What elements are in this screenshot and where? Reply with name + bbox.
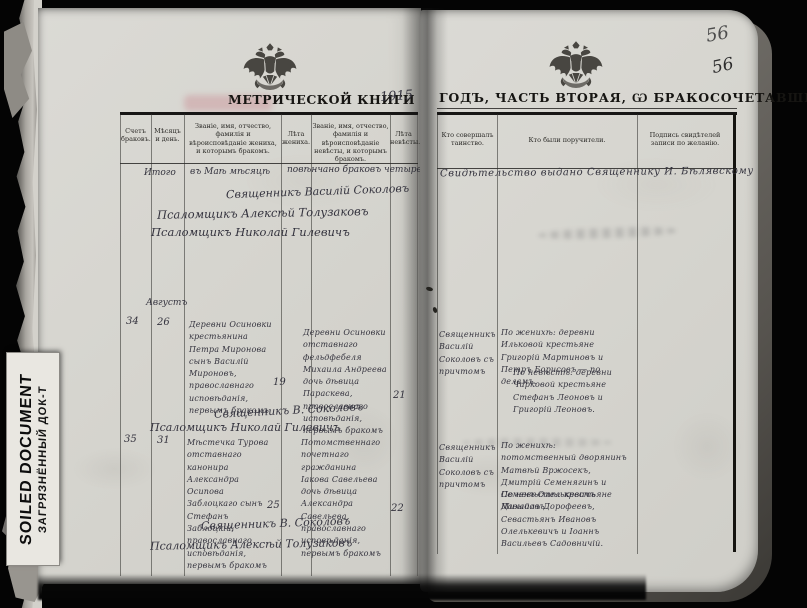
summary-total-label: Итого — [144, 168, 176, 178]
witnesses-bride: По невѣстѣ: деревни Чирковой крестьяне С… — [513, 367, 629, 416]
title-rule — [437, 112, 737, 115]
groom-age: 25 — [267, 500, 280, 511]
col-header-bride: Званіе, имя, отчество, фамилія и вѣроисп… — [312, 122, 389, 164]
column-line — [437, 114, 438, 554]
groom-description: Деревни Осиновки крестьянина Петра Мирон… — [189, 319, 275, 417]
col-header-signatures: Подпись свидѣтелей записи по желанію. — [640, 131, 730, 148]
column-line — [417, 114, 418, 576]
title-rule — [120, 112, 418, 115]
title-rule — [437, 108, 737, 109]
col-header-groom: Званіе, имя, отчество, фамилія и вѣроисп… — [187, 122, 279, 155]
column-line — [497, 114, 498, 554]
table-right-border — [733, 114, 736, 552]
page-number-pencil: 56 — [704, 22, 730, 47]
groom-description: Мѣстечка Турова отставнаго канонира Алек… — [187, 437, 275, 572]
soiled-document-label: SOILED DOCUMENT ЗАГРЯЗНЁННЫЙ ДОК-Т — [7, 353, 59, 565]
column-line — [637, 114, 638, 554]
groom-age: 19 — [273, 377, 286, 388]
entry-number: 35 — [124, 434, 137, 445]
column-line — [184, 114, 185, 576]
entry-day: 26 — [157, 317, 170, 328]
column-line — [120, 114, 121, 576]
summary-totals: повѣнчано браковъ четыре (4) — [287, 165, 438, 175]
officiant: Священникъ Василій Соколовъ съ причтомъ — [439, 329, 495, 378]
imperial-eagle-icon — [240, 42, 300, 96]
col-header-officiant: Кто совершалъ таинство. — [440, 131, 495, 148]
column-line — [151, 114, 152, 576]
scanned-metrical-book-spread: МЕТРИЧЕСКОЙ КНИГИ НА 1915 Счетъ браковъ.… — [0, 0, 807, 608]
column-line — [281, 114, 282, 576]
label-text-ru: ЗАГРЯЗНЁННЫЙ ДОК-Т — [37, 385, 49, 533]
col-header-groom-age: Лѣта жениха. — [282, 130, 310, 147]
col-header-bride-age: Лѣта невѣсты. — [390, 130, 417, 147]
witnesses-bride: По невѣстѣ: крестьяне Михаилъ Дорофеевъ,… — [501, 489, 629, 550]
col-header-witnesses: Кто были поручители. — [502, 136, 632, 144]
title-year-handwritten: 1915 — [380, 88, 414, 105]
right-page-title: ГОДЪ, ЧАСТЬ ВТОРАЯ, Ѡ БРАКОСОЧЕТАВШИХСЯ. — [439, 90, 807, 106]
bride-age: 22 — [391, 503, 404, 514]
label-text-en: SOILED DOCUMENT — [18, 372, 36, 545]
summary-month: въ Маѣ мѣсяцѣ — [190, 167, 270, 177]
officiant: Священникъ Василій Соколовъ съ причтомъ — [439, 442, 495, 491]
imperial-eagle-icon — [546, 40, 606, 94]
bride-age: 21 — [393, 390, 406, 401]
month-heading-august: Августъ — [146, 298, 187, 308]
psalmist-signature: Псаломщикъ Николай Гилевичъ — [150, 421, 340, 434]
col-header-marriage-count: Счетъ браковъ. — [121, 127, 150, 144]
entry-day: 31 — [157, 435, 170, 446]
summary-psalmist-signature: Псаломщикъ Николай Гилевичъ — [151, 225, 350, 239]
col-header-month-day: Мѣсяцъ и день. — [152, 127, 183, 144]
book-bottom-shadow — [38, 574, 646, 600]
entry-number: 34 — [126, 316, 139, 327]
